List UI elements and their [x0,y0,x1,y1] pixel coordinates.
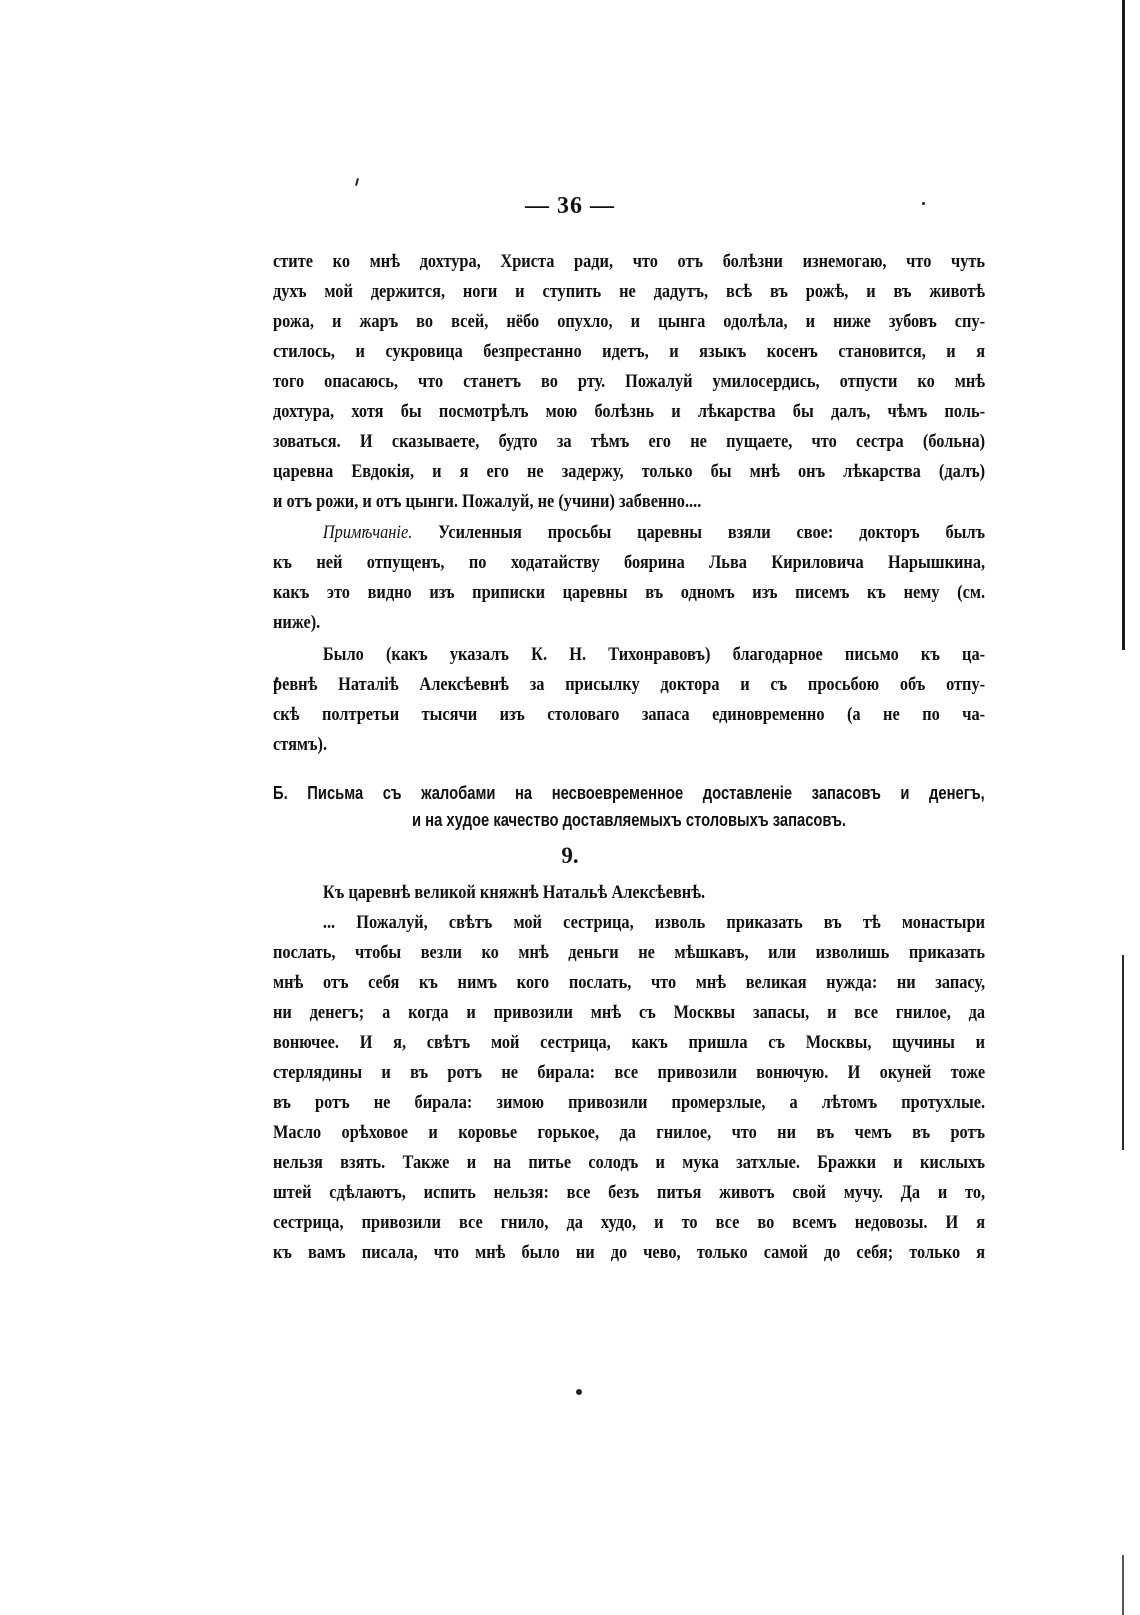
text-line: зоваться. И сказываете, будто за тѣмъ ег… [273,427,985,457]
text-line: и отъ рожи, и отъ цынги. Пожалуй, не (уч… [273,487,985,517]
text-line: къ ней отпущенъ, по ходатайству боярина … [273,548,985,578]
text-line: стите ко мнѣ дохтура, Христа ради, что о… [273,247,985,277]
text-line: сестрица, привозили все гнило, да худо, … [273,1208,985,1238]
section-heading-line: и на худое качество доставляемыхъ столов… [337,807,921,834]
text-line: въ ротъ не бирала: зимою привозили проме… [273,1088,985,1118]
section-heading-line: Б. Письма съ жалобами на несвоевременное… [273,780,985,807]
page-edge-line [1122,0,1125,650]
text-line: царевна Евдокія, и я его не задержу, тол… [273,457,985,487]
letter-8-continuation: стите ко мнѣ дохтура, Христа ради, что о… [273,247,885,517]
text-line: Масло орѣховое и коровье горькое, да гни… [273,1118,985,1148]
editorial-note: Примѣчаніе. Усиленныя просьбы царевны вз… [273,518,885,638]
text-line: того опасаюсь, что станетъ во рту. Пожал… [273,367,985,397]
text-line: нельзя взять. Также и на питье солодъ и … [273,1148,985,1178]
text-line: ... Пожалуй, свѣтъ мой сестрица, изволь … [273,908,985,938]
text-line: стилось, и сукровица безпрестанно идетъ,… [273,337,985,367]
text-line: вонючее. И я, свѣтъ мой сестрица, какъ п… [273,1028,985,1058]
text-line: къ вамъ писала, что мнѣ было ни до чево,… [273,1238,985,1268]
text-line: ниже). [273,608,985,638]
note-first-line: Примѣчаніе. Усиленныя просьбы царевны вз… [273,518,985,548]
text-line: дохтура, хотя бы посмотрѣлъ мою болѣзнь … [273,397,985,427]
text-line: Было (какъ указалъ К. Н. Тихонравовъ) бл… [273,640,985,670]
text-line: стерлядины и въ ротъ не бирала: все прив… [273,1058,985,1088]
tikhonravov-paragraph: Было (какъ указалъ К. Н. Тихонравовъ) бл… [273,640,885,760]
note-label: Примѣчаніе. [323,522,412,543]
letter-9-body: Къ царевнѣ великой княжнѣ Натальѣ Алексѣ… [273,878,885,1268]
note-text: Усиленныя просьбы царевны взяли свое: до… [412,522,985,543]
page-edge-line [1122,1555,1124,1615]
letter-number: 9. [0,843,1140,869]
letter-address: Къ царевнѣ великой княжнѣ Натальѣ Алексѣ… [273,878,985,908]
text-line: рожа, и жаръ во всей, нёбо опухло, и цын… [273,307,985,337]
text-line: послать, чтобы везли ко мнѣ деньги не мѣ… [273,938,985,968]
scan-speck [355,178,359,186]
scanned-book-page: — 36 — стите ко мнѣ дохтура, Христа ради… [0,0,1140,1615]
text-line: какъ это видно изъ приписки царевны въ о… [273,578,985,608]
text-line: ревнѣ Наталіѣ Алексѣевнѣ за присылку док… [273,670,985,700]
text-line: ни денегъ; а когда и привозили мнѣ съ Мо… [273,998,985,1028]
scan-speck [576,1389,582,1395]
text-line: мнѣ отъ себя къ нимъ кого послать, что м… [273,968,985,998]
page-edge-line [1122,955,1124,1150]
text-line: духъ мой держится, ноги и ступить не дад… [273,277,985,307]
text-line: стямъ). [273,730,985,760]
page-number: — 36 — [0,193,1140,220]
text-line: скѣ полтретьи тысячи изъ столоваго запас… [273,700,985,730]
text-line: штей сдѣлаютъ, испить нельзя: все безъ п… [273,1178,985,1208]
section-heading-b: Б. Письма съ жалобами на несвоевременное… [273,780,985,834]
